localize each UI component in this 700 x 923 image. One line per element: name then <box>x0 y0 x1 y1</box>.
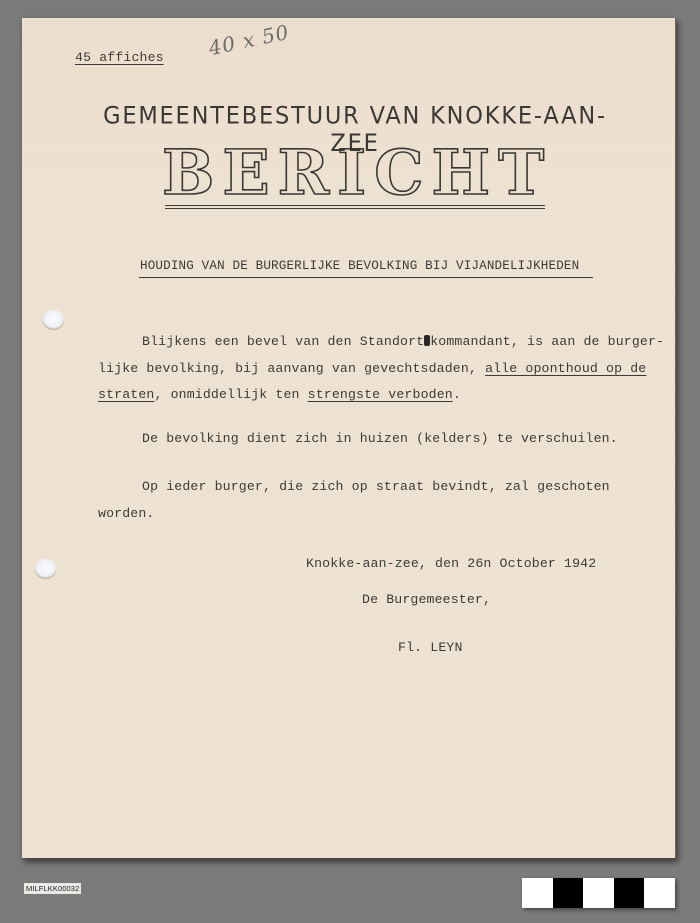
paragraph-1-line-1: Blijkens een bevel van den Standortkomma… <box>142 334 664 349</box>
scale-block-black <box>553 878 584 908</box>
paragraph-1-line-1-end: kommandant, is aan de burger- <box>430 334 664 349</box>
punch-hole-top <box>43 310 64 329</box>
scale-block-white <box>522 878 553 908</box>
punch-hole-bottom <box>35 559 56 578</box>
color-scale-bar <box>522 878 675 908</box>
paragraph-1-line-3: straten, onmiddellijk ten strengste verb… <box>98 387 461 402</box>
corner-note: 45 affiches <box>75 50 164 65</box>
paragraph-3-line-1: Op ieder burger, die zich op straat bevi… <box>142 479 610 494</box>
handwritten-dimensions-note: 40 x 50 <box>206 20 291 61</box>
document-title: BERICHT <box>162 138 550 208</box>
title-double-rule <box>165 205 545 209</box>
paragraph-1-line-2: lijke bevolking, bij aanvang van gevecht… <box>98 361 646 376</box>
paragraph-2: De bevolking dient zich in huizen (kelde… <box>142 431 618 446</box>
scale-block-black <box>614 878 645 908</box>
place-and-date: Knokke-aan-zee, den 26n October 1942 <box>306 556 596 571</box>
paragraph-1-underlined-phrase: alle oponthoud op de <box>485 361 646 376</box>
subject-underline <box>139 277 593 278</box>
paragraph-1-line-1-start: Blijkens een bevel van den Standort <box>142 334 424 349</box>
paragraph-3-line-2: worden. <box>98 506 154 521</box>
subject-heading: HOUDING VAN DE BURGERLIJKE BEVOLKING BIJ… <box>140 259 579 273</box>
signatory-name: Fl. LEYN <box>398 640 463 655</box>
archive-catalog-id: MILFLKK00032 <box>24 883 81 894</box>
document-sheet: 45 affiches 40 x 50 GEMEENTEBESTUUR VAN … <box>22 18 676 859</box>
scale-block-white <box>644 878 675 908</box>
paragraph-1-underlined-straten: straten <box>98 387 154 402</box>
signatory-title: De Burgemeester, <box>362 592 491 607</box>
paragraph-1-period: . <box>453 387 461 402</box>
paragraph-1-line-3-text: , onmiddellijk ten <box>154 387 307 402</box>
scale-block-white <box>583 878 614 908</box>
paragraph-1-line-2-text: lijke bevolking, bij aanvang van gevecht… <box>98 361 485 376</box>
paragraph-1-underlined-verboden: strengste verboden <box>308 387 453 402</box>
